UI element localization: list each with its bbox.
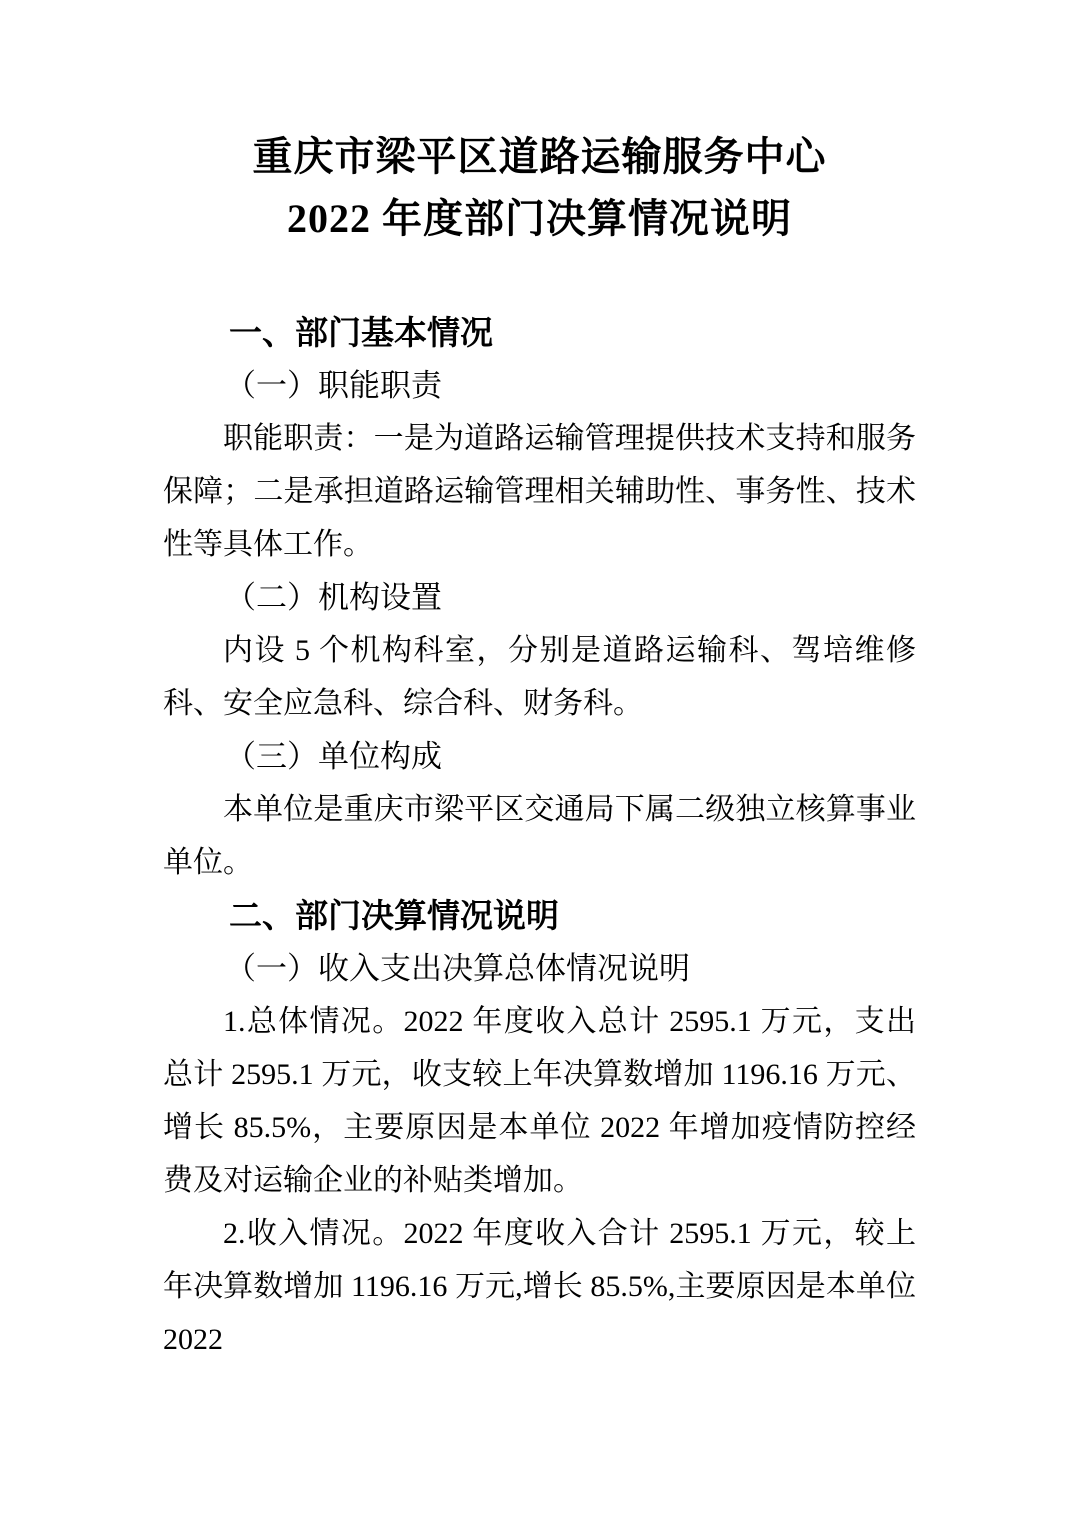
section-heading-2: 二、部门决算情况说明 — [163, 889, 916, 942]
paragraph-org-structure: 内设 5 个机构科室，分别是道路运输科、驾培维修科、安全应急科、综合科、财务科。 — [163, 624, 916, 730]
paragraph-income-situation: 2.收入情况。2022 年度收入合计 2595.1 万元，较上年决算数增加 11… — [163, 1207, 916, 1366]
subsection-heading-1-3: （三）单位构成 — [163, 730, 916, 783]
document-title: 重庆市梁平区道路运输服务中心 2022 年度部门决算情况说明 — [163, 126, 916, 250]
subsection-heading-1-2: （二）机构设置 — [163, 571, 916, 624]
subsection-heading-2-1: （一）收入支出决算总体情况说明 — [163, 942, 916, 995]
document-body: 一、部门基本情况 （一）职能职责 职能职责：一是为道路运输管理提供技术支持和服务… — [163, 306, 916, 1366]
section-heading-1: 一、部门基本情况 — [163, 306, 916, 359]
paragraph-overall-situation: 1.总体情况。2022 年度收入总计 2595.1 万元，支出总计 2595.1… — [163, 995, 916, 1207]
document-title-line2: 2022 年度部门决算情况说明 — [163, 188, 916, 250]
document-title-line1: 重庆市梁平区道路运输服务中心 — [163, 126, 916, 188]
paragraph-unit-composition: 本单位是重庆市梁平区交通局下属二级独立核算事业单位。 — [163, 783, 916, 889]
subsection-heading-1-1: （一）职能职责 — [163, 359, 916, 412]
document-page: 重庆市梁平区道路运输服务中心 2022 年度部门决算情况说明 一、部门基本情况 … — [0, 0, 1074, 1520]
paragraph-duties: 职能职责：一是为道路运输管理提供技术支持和服务保障；二是承担道路运输管理相关辅助… — [163, 412, 916, 571]
